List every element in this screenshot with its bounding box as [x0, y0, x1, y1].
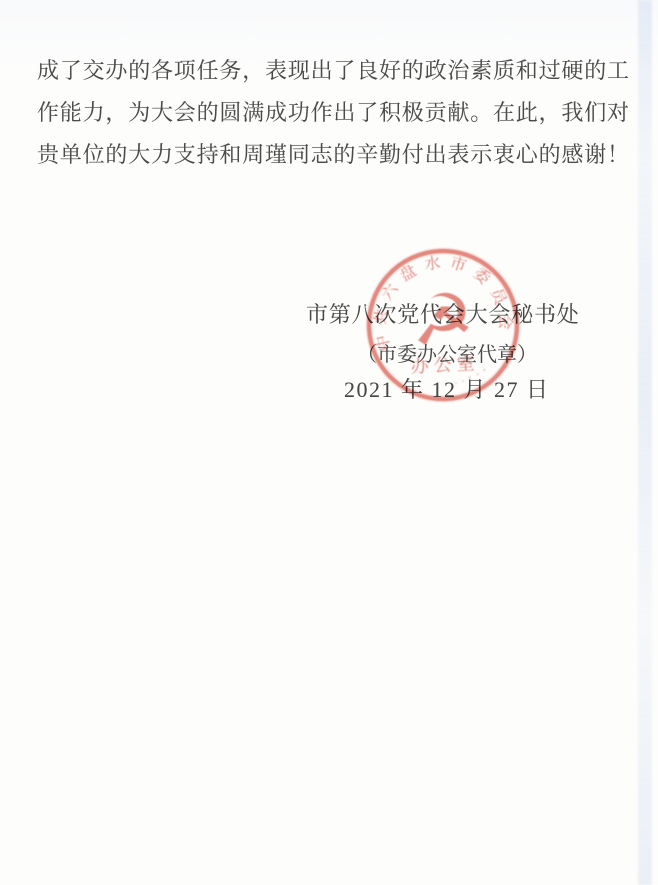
signature-acting-seal-note: （市委办公室代章）	[357, 338, 537, 367]
letter-body: 成了交办的各项任务，表现出了良好的政治素质和过硬的工 作能力，为大会的圆满成功作…	[37, 50, 631, 176]
letter-body-line: 贵单位的大力支持和周瑾同志的辛勤付出表示衷心的感谢！	[37, 134, 631, 176]
signature-organization: 市第八次党代会大会秘书处	[306, 298, 580, 329]
signature-date: 2021 年 12 月 27 日	[344, 373, 550, 404]
scanner-edge-streak	[638, 0, 652, 885]
scanned-letter-page: 成了交办的各项任务，表现出了良好的政治素质和过硬的工 作能力，为大会的圆满成功作…	[0, 0, 658, 885]
letter-body-line: 作能力，为大会的圆满成功作出了积极贡献。在此，我们对	[37, 92, 631, 134]
letter-body-line: 成了交办的各项任务，表现出了良好的政治素质和过硬的工	[37, 50, 631, 92]
